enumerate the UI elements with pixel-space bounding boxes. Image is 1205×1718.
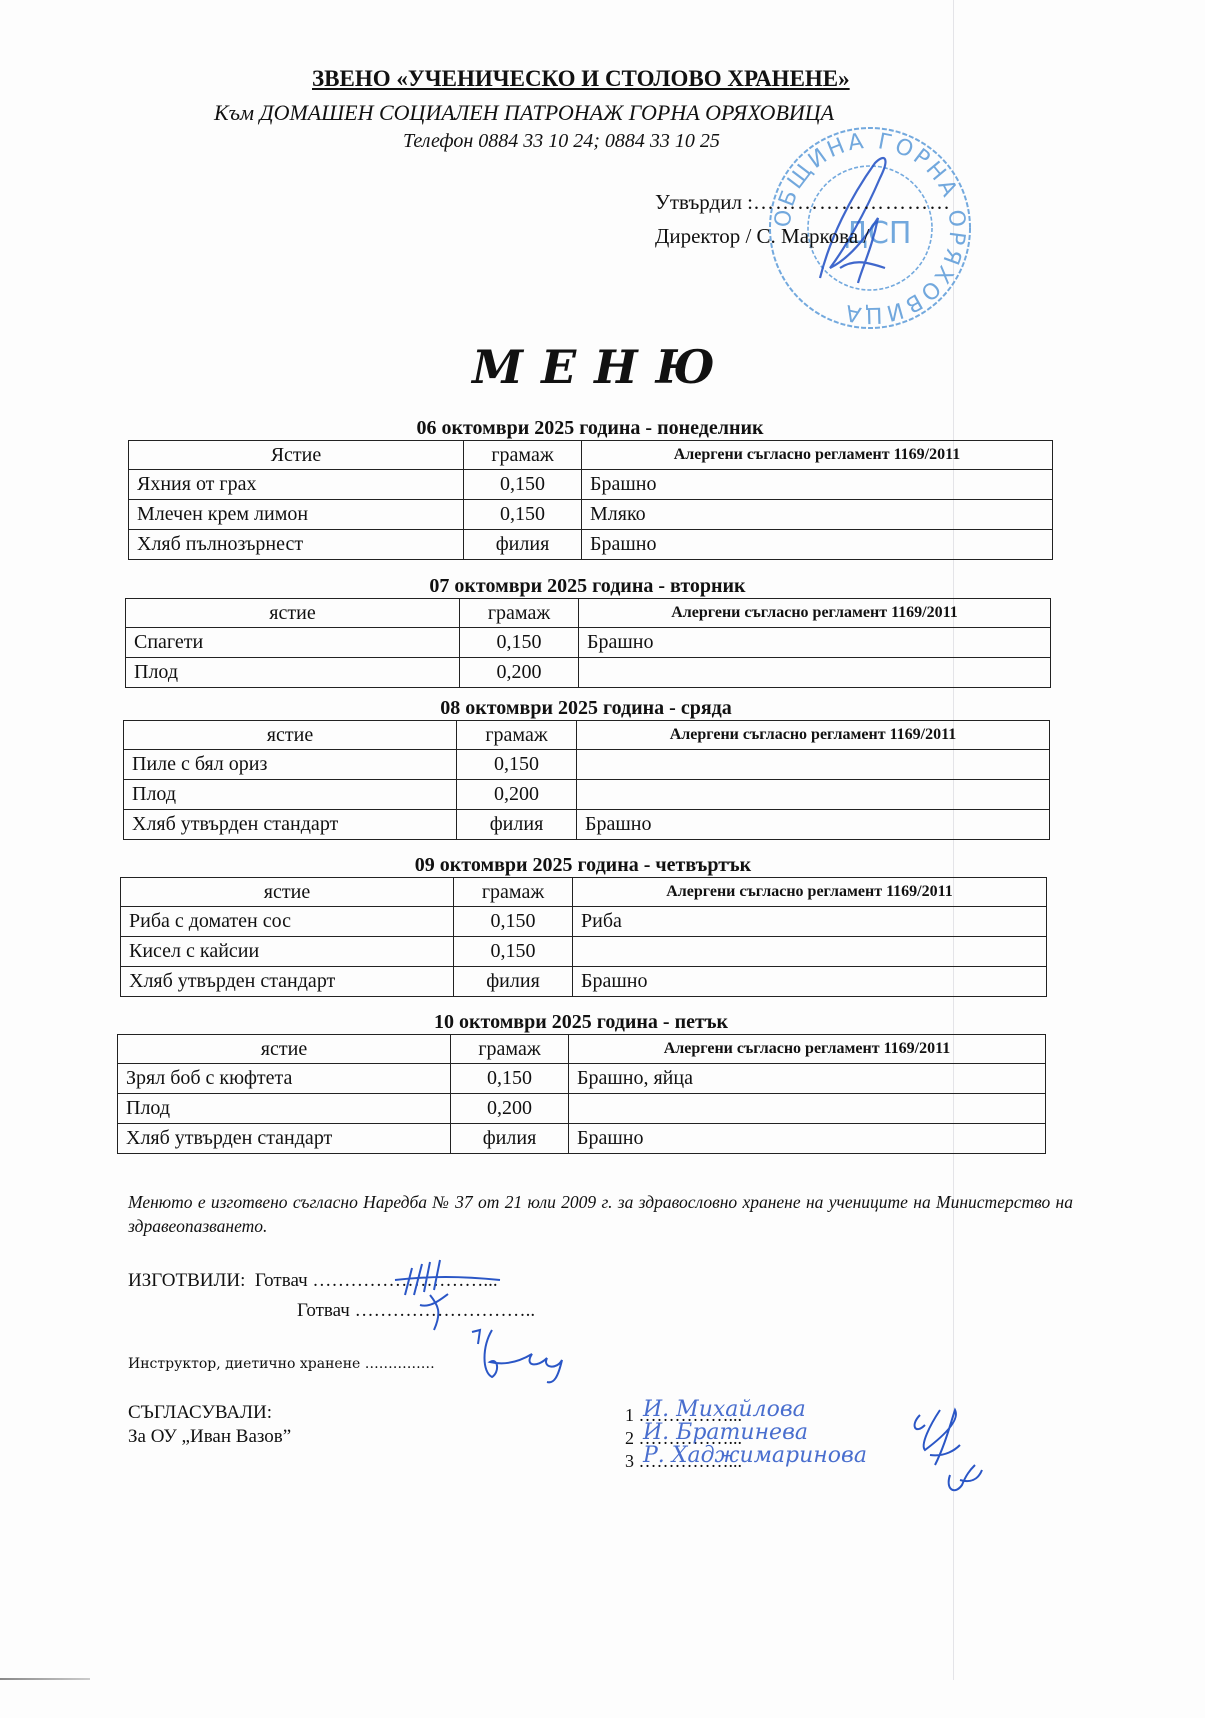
prepared-label: ИЗГОТВИЛИ: [128,1270,245,1291]
day-menu: 10 октомври 2025 година - петъкястиеграм… [117,1010,1045,1154]
column-header-quantity: грамаж [464,441,582,470]
day-title: 08 октомври 2025 година - сряда [123,696,1049,720]
dish-name: Пиле с бял ориз [124,750,457,780]
table-row: Риба с доматен сос0,150Риба [121,907,1047,937]
dish-allergens: Брашно [569,1124,1046,1154]
dish-quantity: 0,150 [454,937,573,967]
dish-name: Спагети [126,628,460,658]
dish-allergens: Брашно [573,967,1047,997]
dish-allergens [579,658,1051,688]
menu-table: ЯстиеграмажАлергени съгласно регламент 1… [128,440,1053,560]
signer-line: 3 ……………...Р. Хаджимаринова [625,1451,742,1472]
dish-allergens: Брашно [577,810,1050,840]
day-menu: 08 октомври 2025 година - срядаястиеграм… [123,696,1049,840]
menu-table: ястиеграмажАлергени съгласно регламент 1… [117,1034,1046,1154]
dish-quantity: 0,150 [464,470,582,500]
dish-name: Хляб утвърден стандарт [121,967,454,997]
regulation-note: Менюто е изготвено съгласно Наредба № 37… [128,1190,1073,1238]
menu-table: ястиеграмажАлергени съгласно регламент 1… [120,877,1047,997]
page-title: МЕНЮ [0,340,1205,394]
column-header-allergens: Алергени съгласно регламент 1169/2011 [582,441,1053,470]
column-header-allergens: Алергени съгласно регламент 1169/2011 [579,599,1051,628]
table-row: Плод0,200 [124,780,1050,810]
table-header-row: ястиеграмажАлергени съгласно регламент 1… [126,599,1051,628]
table-row: Хляб утвърден стандартфилияБрашно [121,967,1047,997]
director-name: Директор / С. Маркова / [655,224,869,249]
phone-numbers: Телефон 0884 33 10 24; 0884 33 10 25 [403,130,720,153]
column-header-dish: Ястие [129,441,464,470]
column-header-dish: ястие [126,599,460,628]
approved-by-line: Утвърдил :……………………… [655,190,951,215]
approved-label: Утвърдил : [655,190,753,214]
scan-artifact-edge [0,1678,90,1680]
table-row: Зрял боб с кюфтета0,150Брашно, яйца [118,1064,1046,1094]
table-row: Плод0,200 [126,658,1051,688]
dish-quantity: 0,150 [464,500,582,530]
day-title: 09 октомври 2025 година - четвъртък [120,853,1046,877]
dish-quantity: 0,150 [460,628,579,658]
table-header-row: ястиеграмажАлергени съгласно регламент 1… [121,878,1047,907]
day-title: 07 октомври 2025 година - вторник [125,574,1050,598]
dish-name: Плод [118,1094,451,1124]
dish-name: Хляб утвърден стандарт [118,1124,451,1154]
dish-quantity: 0,200 [451,1094,569,1124]
dish-name: Хляб пълнозърнест [129,530,464,560]
dish-quantity: филия [464,530,582,560]
dish-quantity: филия [451,1124,569,1154]
dish-allergens: Брашно [582,530,1053,560]
instructor-signature-line: Инструктор, диетично хранене …………… [128,1356,435,1372]
dish-name: Млечен крем лимон [129,500,464,530]
menu-table: ястиеграмажАлергени съгласно регламент 1… [125,598,1051,688]
agreed-label: СЪГЛАСУВАЛИ: [128,1402,272,1424]
table-row: Млечен крем лимон0,150Мляко [129,500,1053,530]
dish-name: Яхния от грах [129,470,464,500]
dish-name: Зрял боб с кюфтета [118,1064,451,1094]
table-row: Хляб утвърден стандартфилияБрашно [118,1124,1046,1154]
school-name: За ОУ „Иван Вазов” [128,1426,291,1448]
dish-quantity: филия [454,967,573,997]
column-header-quantity: грамаж [454,878,573,907]
table-row: Плод0,200 [118,1094,1046,1124]
dish-allergens: Брашно [579,628,1051,658]
instructor-signature-icon [462,1322,582,1392]
dish-quantity: 0,150 [451,1064,569,1094]
day-menu: 09 октомври 2025 година - четвъртъкястие… [120,853,1046,997]
dish-quantity: 0,200 [460,658,579,688]
menu-table: ястиеграмажАлергени съгласно регламент 1… [123,720,1050,840]
column-header-allergens: Алергени съгласно регламент 1169/2011 [573,878,1047,907]
dish-quantity: 0,150 [454,907,573,937]
dish-allergens [569,1094,1046,1124]
column-header-quantity: грамаж [460,599,579,628]
dish-name: Риба с доматен сос [121,907,454,937]
table-row: Пиле с бял ориз0,150 [124,750,1050,780]
column-header-quantity: грамаж [451,1035,569,1064]
dish-allergens: Мляко [582,500,1053,530]
signer-number: 3 [625,1451,634,1471]
column-header-dish: ястие [124,721,457,750]
table-row: Хляб пълнозърнестфилияБрашно [129,530,1053,560]
signer-number: 2 [625,1428,634,1448]
column-header-dish: ястие [118,1035,451,1064]
agreed-signatures-icon [900,1395,1010,1505]
dish-name: Кисел с кайсии [121,937,454,967]
dish-allergens [577,780,1050,810]
dish-quantity: 0,200 [457,780,577,810]
dish-allergens: Риба [573,907,1047,937]
dish-allergens: Брашно [582,470,1053,500]
approved-signature-dots: ……………………… [753,190,951,214]
table-header-row: ястиеграмажАлергени съгласно регламент 1… [124,721,1050,750]
table-row: Кисел с кайсии0,150 [121,937,1047,967]
signer-handwritten-name: И. Михайлова [643,1397,806,1422]
day-menu: 07 октомври 2025 година - вторникястиегр… [125,574,1050,688]
column-header-allergens: Алергени съгласно регламент 1169/2011 [577,721,1050,750]
signer-number: 1 [625,1405,634,1425]
dish-name: Плод [124,780,457,810]
signer-handwritten-name: И. Братинева [643,1420,808,1445]
dish-allergens [573,937,1047,967]
organization-name: ЗВЕНО «УЧЕНИЧЕСКО И СТОЛОВО ХРАНЕНЕ» [312,66,850,92]
organization-subtitle: Към ДОМАШЕН СОЦИАЛЕН ПАТРОНАЖ ГОРНА ОРЯХ… [214,100,834,126]
day-title: 10 октомври 2025 година - петък [117,1010,1045,1034]
table-header-row: ястиеграмажАлергени съгласно регламент 1… [118,1035,1046,1064]
table-row: Яхния от грах0,150Брашно [129,470,1053,500]
column-header-dish: ястие [121,878,454,907]
table-row: Хляб утвърден стандартфилияБрашно [124,810,1050,840]
table-row: Спагети0,150Брашно [126,628,1051,658]
column-header-allergens: Алергени съгласно регламент 1169/2011 [569,1035,1046,1064]
day-menu: 06 октомври 2025 година - понеделникЯсти… [128,416,1052,560]
dish-name: Плод [126,658,460,688]
dish-allergens [577,750,1050,780]
dish-quantity: филия [457,810,577,840]
signer-handwritten-name: Р. Хаджимаринова [643,1443,867,1468]
column-header-quantity: грамаж [457,721,577,750]
dish-name: Хляб утвърден стандарт [124,810,457,840]
day-title: 06 октомври 2025 година - понеделник [128,416,1052,440]
dish-quantity: 0,150 [457,750,577,780]
dish-allergens: Брашно, яйца [569,1064,1046,1094]
table-header-row: ЯстиеграмажАлергени съгласно регламент 1… [129,441,1053,470]
